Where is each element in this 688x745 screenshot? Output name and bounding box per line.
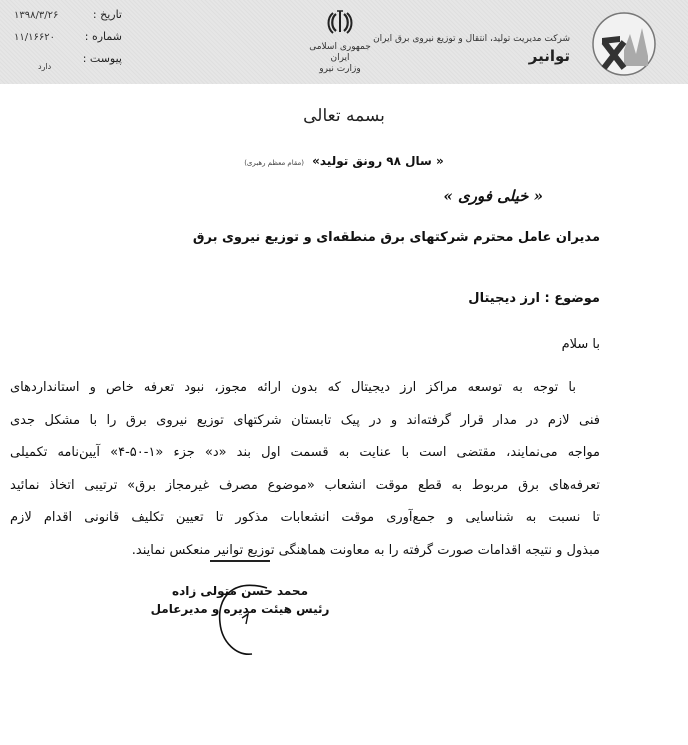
meta-date: تاریخ : ۱۳۹۸/۳/۲۶ — [14, 8, 184, 30]
meta-number-label: شماره : — [85, 30, 122, 43]
body-line: تا نسبت به شناسایی و جمع‌آوری موقت انشعا… — [10, 502, 600, 535]
emblem-line-1: جمهوری اسلامی ایران — [300, 42, 380, 64]
body-line: مواجه می‌نمایند، مقتضی است با عنایت به ق… — [10, 437, 600, 470]
meta-number-value: ۱۱/۱۶۶۲۰ — [14, 32, 55, 43]
urgency-label: « خیلی فوری » — [443, 187, 543, 205]
body-line: تعرفه‌های برق مربوط به قطع موقت انشعاب «… — [10, 470, 600, 503]
meta-date-label: تاریخ : — [93, 8, 122, 21]
letter-meta: تاریخ : ۱۳۹۸/۳/۲۶ شماره : ۱۱/۱۶۶۲۰ پیوست… — [14, 8, 184, 74]
slogan-text: « سال ۹۸ رونق تولید» — [312, 154, 444, 168]
government-emblem: جمهوری اسلامی ایران وزارت نیرو — [300, 8, 380, 80]
iran-emblem-icon — [325, 8, 355, 38]
slogan-note: (مقام معظم رهبری) — [244, 159, 304, 167]
bismillah-heading: بسمه تعالی — [0, 106, 688, 126]
meta-date-value: ۱۳۹۸/۳/۲۶ — [14, 10, 58, 21]
meta-number: شماره : ۱۱/۱۶۶۲۰ — [14, 30, 184, 52]
meta-attachment: پیوست : دارد — [14, 52, 184, 74]
subject-line: موضوع : ارز دیجیتال — [468, 291, 600, 306]
signature-block: محمد حسن متولی زاده رئیس هیئت مدیره و مد… — [150, 560, 330, 616]
emblem-line-2: وزارت نیرو — [300, 64, 380, 75]
meta-attachment-value: دارد — [38, 62, 51, 71]
company-header: شرکت مدیریت تولید، انتقال و توزیع نیروی … — [373, 34, 570, 65]
company-short-name: توانیر — [373, 47, 570, 65]
signature-scribble-icon — [212, 578, 272, 658]
signature-dash — [210, 560, 270, 562]
body-line: با توجه به توسعه مراکز ارز دیجیتال که بد… — [10, 372, 600, 405]
body-line: فنی لازم در مدار قرار گرفته‌اند و در پیک… — [10, 405, 600, 438]
greeting: با سلام — [562, 337, 600, 352]
year-slogan: « سال ۹۸ رونق تولید» (مقام معظم رهبری) — [0, 154, 688, 168]
recipient-line: مدیران عامل محترم شرکتهای برق منطقه‌ای و… — [193, 230, 600, 245]
letterhead: تاریخ : ۱۳۹۸/۳/۲۶ شماره : ۱۱/۱۶۶۲۰ پیوست… — [0, 0, 688, 84]
body-paragraph: با توجه به توسعه مراکز ارز دیجیتال که بد… — [10, 372, 600, 568]
meta-attachment-label: پیوست : — [83, 52, 122, 65]
company-name: شرکت مدیریت تولید، انتقال و توزیع نیروی … — [373, 34, 570, 44]
tavanir-logo-icon — [590, 10, 658, 78]
